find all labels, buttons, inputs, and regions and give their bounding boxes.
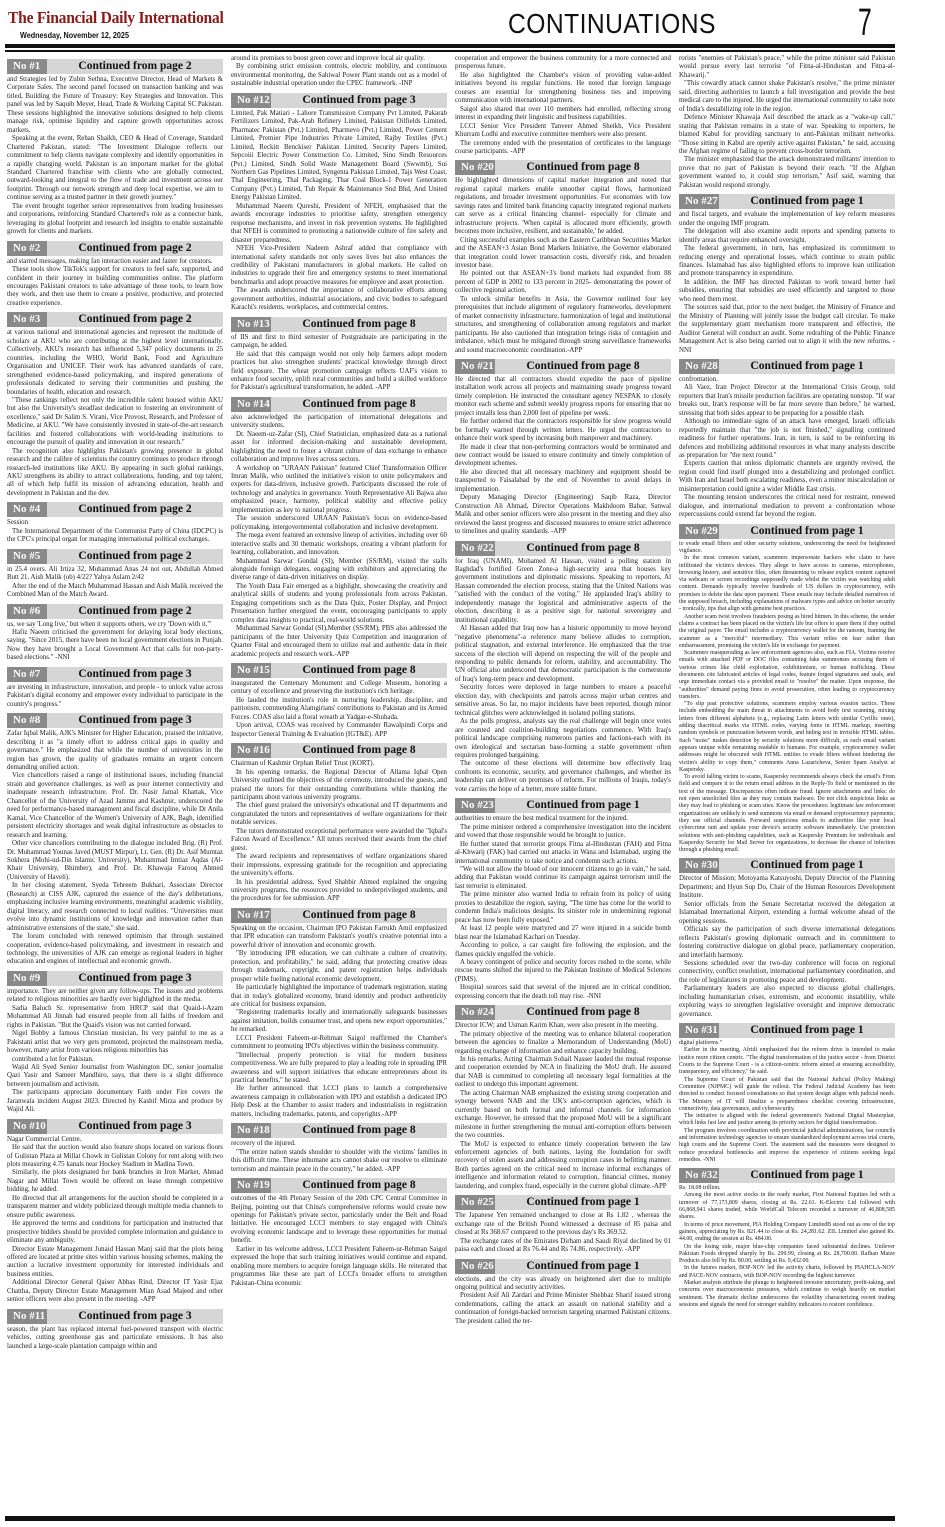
continued-from-label: Continued from page 1	[719, 1168, 895, 1183]
paragraph: On the losing side, major blue-chip comp…	[679, 1244, 895, 1266]
continuation-article: No #17Continued from page 8Speaking on t…	[231, 908, 447, 1119]
article-body: of IIS and first to third semester of Po…	[231, 334, 447, 393]
continuation-article: No #23Continued from page 1authorities t…	[455, 798, 671, 1001]
paragraph: The forum concluded with renewed optimis…	[7, 933, 223, 967]
article-number-badge: No #25	[455, 1195, 495, 1210]
continuation-article: No #12Continued from page 3Limited, Pak …	[231, 93, 447, 313]
paragraph: The International Department of the Comm…	[7, 528, 223, 545]
paragraph: The session underscored URAAN Pakistan's…	[231, 515, 447, 532]
continued-from-label: Continued from page 1	[719, 1023, 895, 1038]
continuation-article: No #3Continued from page 2at various nat…	[7, 312, 223, 498]
continued-from-label: Continued from page 8	[495, 359, 671, 374]
continued-from-label: Continued from page 8	[271, 908, 447, 923]
continuation-article: No #31Continued from page 1digital platf…	[679, 1023, 895, 1164]
article-body: rorists "enemies of Pakistan's peace," w…	[679, 55, 895, 190]
paragraph: and Strategies led by Zubin Sethna, Exec…	[7, 76, 223, 135]
article-body: and starred messages, making fan interac…	[7, 258, 223, 309]
column-2: around its premises to boost green cover…	[231, 55, 447, 1513]
article-body: Director of Mission; Motoyama Katsuyoshi…	[679, 875, 895, 1019]
article-number-badge: No #24	[455, 1005, 495, 1020]
paragraph: LCCI Senior Vice President Tanveer Ahmed…	[455, 123, 671, 140]
continued-from-label: Continued from page 2	[47, 312, 223, 327]
article-number-badge: No #7	[7, 667, 47, 682]
article-body: also acknowledged the participation of i…	[231, 414, 447, 659]
article-body: importance. They are neither given any f…	[7, 988, 223, 1115]
paragraph: NFEH Vice-President Nadeem Ashraf added …	[231, 245, 447, 287]
continued-from-label: Continued from page 1	[495, 1259, 671, 1274]
article-number-badge: No #28	[679, 359, 719, 374]
article-body: recovery of the injured."The entire nati…	[231, 1140, 447, 1174]
continued-from-label: Continued from page 1	[719, 359, 895, 374]
paragraph: The program involves coordination with p…	[679, 1128, 895, 1164]
paragraph: The outcome of these elections will dete…	[455, 760, 671, 794]
continuation-header: No #6Continued from page 2	[7, 604, 223, 619]
paragraph: The Japanese Yen remained unchanged to c…	[455, 1212, 671, 1237]
continuation-article: No #18Continued from page 8recovery of t…	[231, 1123, 447, 1174]
paragraph: recovery of the injured.	[231, 1140, 447, 1148]
paragraph: Security forces were deployed in large n…	[455, 684, 671, 718]
paragraph: The initiative is aligned with the feder…	[679, 1113, 895, 1128]
continuation-article: No #13Continued from page 8of IIS and fi…	[231, 317, 447, 393]
article-body: inaugurated the Centenary Monument and C…	[231, 680, 447, 739]
paragraph: Scammers masquerading as law enforcement…	[679, 650, 895, 701]
continuation-article: No #22Continued from page 8for Iraq (UNA…	[455, 541, 671, 795]
article-number-badge: No #29	[679, 524, 719, 539]
paragraph: Muhammad Naeem Qureshi, President of NFE…	[231, 203, 447, 245]
paragraph: Speaking at the event, Rehan Shaikh, CEO…	[7, 135, 223, 203]
paragraph: The recognition also highlights Pakistan…	[7, 448, 223, 499]
paragraph: In his remarks, Acting Chairman Sohail N…	[455, 1056, 671, 1090]
paragraph: At least 12 people were martyred and 27 …	[455, 925, 671, 942]
article-number-badge: No #31	[679, 1023, 719, 1038]
paragraph: are investing in infrastructure, innovat…	[7, 684, 223, 709]
paragraph: He further stated that terrorist groups …	[455, 841, 671, 866]
paragraph: Nigel Bobby a famous Christian musician,…	[7, 1030, 223, 1055]
article-columns: No #1Continued from page 2and Strategies…	[7, 55, 895, 1513]
continuation-header: No #10Continued from page 3	[7, 1119, 223, 1134]
continuation-header: No #9Continued from page 3	[7, 971, 223, 986]
continuation-article: No #30Continued from page 1Director of M…	[679, 858, 895, 1019]
article-number-badge: No #21	[455, 359, 495, 374]
paragraph: In the futures market, BOP-NOV led the a…	[679, 1265, 895, 1280]
paragraph: A heavy contingent of police and securit…	[455, 959, 671, 984]
paragraph: Upon arrival, COAS was received by Comma…	[231, 722, 447, 739]
paragraph: Wajid Ali Syed Senior Journalist from Wa…	[7, 1064, 223, 1089]
paragraph: The chief guest praised the university's…	[231, 802, 447, 827]
continued-from-label: Continued from page 8	[271, 1178, 447, 1193]
paragraph: Director Estate Management Junaid Hassan…	[7, 1246, 223, 1280]
continuation-header: No #7Continued from page 3	[7, 667, 223, 682]
continuation-header: No #12Continued from page 3	[231, 93, 447, 108]
continued-from-label: Continued from page 2	[47, 59, 223, 74]
article-number-badge: No #14	[231, 397, 271, 412]
continuation-article: No #20Continued from page 8He highlighte…	[455, 160, 671, 355]
continuation-header: No #26Continued from page 1	[455, 1259, 671, 1274]
continuation-article: No #14Continued from page 8also acknowle…	[231, 397, 447, 659]
paragraph: Experts caution that unless diplomatic c…	[679, 460, 895, 494]
paragraph: of IIS and first to third semester of Po…	[231, 334, 447, 351]
paragraph: He approved the terms and conditions for…	[7, 1220, 223, 1245]
paragraph: Vice chancellors raised a range of insti…	[7, 772, 223, 840]
article-body: and Strategies led by Zubin Sethna, Exec…	[7, 76, 223, 237]
paragraph: "We will not allow the blood of our inno…	[455, 866, 671, 891]
continued-from-label: Continued from page 1	[719, 858, 895, 873]
continuation-article: No #8Continued from page 3Zafar Iqbal Ma…	[7, 713, 223, 967]
paragraph: Similarly, the plots designated for bank…	[7, 1169, 223, 1194]
article-number-badge: No #9	[7, 971, 47, 986]
article-number-badge: No #10	[7, 1119, 47, 1134]
article-body: Speaking on the occasion, Chairman IPO P…	[231, 925, 447, 1119]
continuation-article: No #11Continued from page 3season, the p…	[7, 1309, 223, 1351]
continuation-header: No #5Continued from page 2	[7, 549, 223, 564]
paragraph: He said that the auction would also feat…	[7, 1144, 223, 1169]
continuation-header: No #8Continued from page 3	[7, 713, 223, 728]
paragraph: and starred messages, making fan interac…	[7, 258, 223, 266]
paragraph: Additional Director General Qaiser Abbas…	[7, 1279, 223, 1304]
continuation-header: No #16Continued from page 8	[231, 743, 447, 758]
article-number-badge: No #15	[231, 663, 271, 678]
article-body: Rs. 18.08 trillion.Among the most active…	[679, 1185, 895, 1309]
article-body: Nagar Commercial Centre.He said that the…	[7, 1136, 223, 1305]
continuation-article: No #28Continued from page 1confrontation…	[679, 359, 895, 520]
paragraph: He directed that all contractors should …	[455, 376, 671, 418]
paragraph: He further ordered that the contractors …	[455, 418, 671, 443]
publication-title: The Financial Daily International	[8, 8, 224, 28]
continued-from-label: Continued from page 3	[47, 1309, 223, 1324]
paragraph: Citing successful examples such as the E…	[455, 237, 671, 271]
article-body: at various national and international ag…	[7, 329, 223, 498]
article-number-badge: No #3	[7, 312, 47, 327]
paragraph: Deputy Managing Director (Engineering) S…	[455, 494, 671, 536]
continued-from-label: Continued from page 1	[495, 798, 671, 813]
paragraph: He said that this campaign would not onl…	[231, 351, 447, 393]
paragraph: Saigol also shared that over 110 members…	[455, 106, 671, 123]
continuation-article: No #16Continued from page 8Chairman of K…	[231, 743, 447, 904]
paragraph: us, we say 'Long live,' but when it supp…	[7, 621, 223, 629]
paragraph: The prime minister ordered a comprehensi…	[455, 824, 671, 841]
paragraph: "By introducing IPR education, we can cu…	[231, 950, 447, 984]
paragraph: Rs. 18.08 trillion.	[679, 1185, 895, 1192]
paragraph: Session	[7, 519, 223, 527]
paragraph: The mounting tension underscores the cri…	[679, 494, 895, 519]
article-body: SessionThe International Department of t…	[7, 519, 223, 544]
paragraph: As the polls progress, analysts say the …	[455, 718, 671, 760]
continued-from-label: Continued from page 8	[271, 1123, 447, 1138]
continuation-article: No #24Continued from page 8Director ICW;…	[455, 1005, 671, 1191]
paragraph: Chairman of Kashmir Orphan Relief Trust …	[231, 760, 447, 768]
paragraph: The delegation will also examine audit r…	[679, 228, 895, 245]
masthead-rule	[5, 44, 895, 48]
paragraph: In terms of price movement, PIA Holding …	[679, 1222, 895, 1244]
article-body: Chairman of Kashmir Orphan Relief Trust …	[231, 760, 447, 904]
paragraph: confrontation.	[679, 376, 895, 384]
paragraph: He also highlighted the Chamber's vision…	[455, 72, 671, 106]
continuation-header: No #15Continued from page 8	[231, 663, 447, 678]
paragraph: In his presidential address, Syed Shabbi…	[231, 879, 447, 904]
paragraph: Muhammad Sarwar Gondal (SI), Member (SS/…	[231, 558, 447, 583]
continued-from-label: Continued from page 3	[47, 1119, 223, 1134]
article-number-badge: No #8	[7, 713, 47, 728]
paragraph: Hospital sources said that several of th…	[455, 984, 671, 1001]
continuation-header: No #29Continued from page 1	[679, 524, 895, 539]
article-body: The Japanese Yen remained unchanged to c…	[455, 1212, 671, 1254]
article-body: are investing in infrastructure, innovat…	[7, 684, 223, 709]
continued-from-label: Continued from page 1	[719, 194, 895, 209]
continuation-header: No #24Continued from page 8	[455, 1005, 671, 1020]
continuation-article: rorists "enemies of Pakistan's peace," w…	[679, 55, 895, 190]
paragraph: The prime minister also warned India to …	[455, 891, 671, 925]
continuation-header: No #11Continued from page 3	[7, 1309, 223, 1324]
paragraph: The event brought together senior repres…	[7, 203, 223, 237]
article-number-badge: No #26	[455, 1259, 495, 1274]
column-1: No #1Continued from page 2and Strategies…	[7, 55, 223, 1513]
paragraph: In the most common variant, scammers imp…	[679, 555, 895, 613]
continued-from-label: Continued from page 3	[47, 667, 223, 682]
article-number-badge: No #32	[679, 1168, 719, 1183]
continued-from-label: Continued from page 8	[271, 317, 447, 332]
paragraph: He lauded the institution's role in nurt…	[231, 697, 447, 722]
article-body: in 25.4 overs. Ali Irtiza 32, Muhammad A…	[7, 566, 223, 600]
paragraph: Sadia Baluch Sr. representative from HRC…	[7, 1005, 223, 1030]
continued-from-label: Continued from page 8	[271, 743, 447, 758]
paragraph: "Registering trademarks locally and inte…	[231, 1009, 447, 1034]
paragraph: He highlighted dimensions of capital mar…	[455, 177, 671, 236]
article-body: cooperation and empower the business com…	[455, 55, 671, 156]
paragraph: Sessions scheduled over the two-day conf…	[679, 960, 895, 985]
masthead: The Financial Daily International Wednes…	[0, 0, 945, 44]
article-body: around its premises to boost green cover…	[231, 55, 447, 89]
paragraph: Speaking on the occasion, Chairman IPO P…	[231, 925, 447, 950]
continuation-header: No #17Continued from page 8	[231, 908, 447, 923]
paragraph: The MoU is expected to enhance timely co…	[455, 1141, 671, 1192]
paragraph: Earlier in his welcome address, LCCI Pre…	[231, 1246, 447, 1288]
article-number-badge: No #17	[231, 908, 271, 923]
paragraph: Limited, Pak Matiari - Lahore Transmissi…	[231, 110, 447, 203]
paragraph: at various national and international ag…	[7, 329, 223, 397]
continuation-article: No #7Continued from page 3are investing …	[7, 667, 223, 709]
article-body: outcomes of the 4th Plenary Session of t…	[231, 1195, 447, 1288]
article-body: us, we say 'Long live,' but when it supp…	[7, 621, 223, 663]
continued-from-label: Continued from page 1	[719, 524, 895, 539]
paragraph: He directed that all arrangements for th…	[7, 1195, 223, 1220]
article-number-badge: No #30	[679, 858, 719, 873]
article-number-badge: No #4	[7, 502, 47, 517]
paragraph: Muhammad Sarwar Gondal (SI),Member (SS/R…	[231, 625, 447, 659]
masthead-rule-thin	[5, 50, 895, 52]
continued-from-label: Continued from page 8	[495, 1005, 671, 1020]
continuation-article: No #29Continued from page 1to evade emai…	[679, 524, 895, 855]
paragraph: in 25.4 overs. Ali Irtiza 32, Muhammad A…	[7, 566, 223, 583]
continuation-article: No #9Continued from page 3importance. Th…	[7, 971, 223, 1115]
continuation-article: No #27Continued from page 1and fiscal ta…	[679, 194, 895, 355]
paragraph: "To slip past protective solutions, scam…	[679, 701, 895, 774]
continuation-header: No #30Continued from page 1	[679, 858, 895, 873]
paragraph: outcomes of the 4th Plenary Session of t…	[231, 1195, 447, 1246]
continuation-article: No #5Continued from page 2in 25.4 overs.…	[7, 549, 223, 600]
paragraph: "The entire nation stands shoulder to sh…	[231, 1149, 447, 1174]
paragraph: According to police, a car caught fire f…	[455, 942, 671, 959]
article-number-badge: No #13	[231, 317, 271, 332]
article-body: He directed that all contractors should …	[455, 376, 671, 537]
continuation-header: No #32Continued from page 1	[679, 1168, 895, 1183]
article-number-badge: No #12	[231, 93, 271, 108]
paragraph: cooperation and empower the business com…	[455, 55, 671, 72]
continuation-header: No #28Continued from page 1	[679, 359, 895, 374]
paragraph: The awards underscored the importance of…	[231, 287, 447, 312]
paragraph: In addition, the IMF has directed Pakist…	[679, 279, 895, 304]
continuation-header: No #23Continued from page 1	[455, 798, 671, 813]
continuation-article: No #10Continued from page 3Nagar Commerc…	[7, 1119, 223, 1305]
continuation-header: No #19Continued from page 8	[231, 1178, 447, 1193]
article-body: elections, and the city was already on h…	[455, 1276, 671, 1327]
continuation-header: No #25Continued from page 1	[455, 1195, 671, 1210]
continuation-header: No #4Continued from page 2	[7, 502, 223, 517]
article-number-badge: No #11	[7, 1309, 47, 1324]
paragraph: To avoid falling victim to scams, Kasper…	[679, 774, 895, 854]
paragraph: Dr. Naeem-uz-Zafar (SI), Chief Statistic…	[231, 431, 447, 465]
paragraph: inaugurated the Centenary Monument and C…	[231, 680, 447, 697]
continuation-article: cooperation and empower the business com…	[455, 55, 671, 156]
article-number-badge: No #16	[231, 743, 271, 758]
paragraph: These tools show TikTok's support for cr…	[7, 266, 223, 308]
continued-from-label: Continued from page 2	[47, 549, 223, 564]
paragraph: to evade email filters and other securit…	[679, 541, 895, 556]
paragraph: Other vice chancellors contributing to t…	[7, 840, 223, 882]
article-body: digital platforms."Earlier in the meetin…	[679, 1040, 895, 1164]
paragraph: season, the plant has replaced internal …	[7, 1326, 223, 1351]
paragraph: authorities to ensure the best medical t…	[455, 815, 671, 823]
continuation-article: No #4Continued from page 2SessionThe Int…	[7, 502, 223, 544]
paragraph: Ali Vaez, Iran Project Director at the I…	[679, 384, 895, 418]
paragraph: The ceremony ended with the presentation…	[455, 140, 671, 157]
paragraph: around its premises to boost green cover…	[231, 55, 447, 63]
paragraph: LCCI President Faheem-ur-Rehman Saigol r…	[231, 1035, 447, 1052]
continuation-article: No #6Continued from page 2us, we say 'Lo…	[7, 604, 223, 663]
paragraph: Earlier in the meeting, Afridi emphasize…	[679, 1047, 895, 1076]
article-number-badge: No #23	[455, 798, 495, 813]
paragraph: He pointed out that ASEAN+3's bond marke…	[455, 270, 671, 295]
paragraph: The sources said that, prior to the next…	[679, 304, 895, 355]
paragraph: The Supreme Court of Pakistan said that …	[679, 1077, 895, 1113]
continued-from-label: Continued from page 3	[47, 713, 223, 728]
paragraph: The tutors demonstrated exceptional perf…	[231, 828, 447, 853]
paragraph: The federal government, in turn, has emp…	[679, 245, 895, 279]
article-body: authorities to ensure the best medical t…	[455, 815, 671, 1001]
paragraph: "These rankings reflect not only the inc…	[7, 397, 223, 448]
continuation-header: No #2Continued from page 2	[7, 241, 223, 256]
section-title: CONTINUATIONS	[508, 8, 716, 40]
continued-from-label: Continued from page 8	[271, 663, 447, 678]
paragraph: The acting Chairman NAB emphasized the e…	[455, 1090, 671, 1141]
column-3: cooperation and empower the business com…	[455, 55, 671, 1513]
paragraph: After the end of the Match Muhammad Hass…	[7, 583, 223, 600]
continuation-article: No #19Continued from page 8outcomes of t…	[231, 1178, 447, 1288]
paragraph: Zafar Iqbal Malik, AJK's Minister for Hi…	[7, 730, 223, 772]
page-number: 7	[858, 2, 872, 45]
paragraph: Although no immediate signs of an attack…	[679, 418, 895, 460]
continued-from-label: Continued from page 1	[495, 1195, 671, 1210]
issue-date: Wednesday, November 12, 2025	[20, 30, 129, 40]
article-number-badge: No #22	[455, 541, 495, 556]
continuation-article: No #1Continued from page 2and Strategies…	[7, 59, 223, 237]
paragraph: Parliamentary leaders are also expected …	[679, 985, 895, 1019]
continuation-article: No #21Continued from page 8He directed t…	[455, 359, 671, 537]
paragraph: Defence Minister Khawaja Asif described …	[679, 114, 895, 156]
paragraph: elections, and the city was already on h…	[455, 1276, 671, 1293]
article-body: Zafar Iqbal Malik, AJK's Minister for Hi…	[7, 730, 223, 967]
paragraph: The award recipients and representatives…	[231, 853, 447, 878]
continuation-article: No #26Continued from page 1elections, an…	[455, 1259, 671, 1327]
continuation-header: No #20Continued from page 8	[455, 160, 671, 175]
paragraph: The Youth Data Fair emerged as a highlig…	[231, 583, 447, 625]
article-body: confrontation.Ali Vaez, Iran Project Dir…	[679, 376, 895, 520]
article-number-badge: No #18	[231, 1123, 271, 1138]
continuation-header: No #27Continued from page 1	[679, 194, 895, 209]
continuation-header: No #3Continued from page 2	[7, 312, 223, 327]
continuation-article: around its premises to boost green cover…	[231, 55, 447, 89]
paragraph: He further announced that LCCI plans to …	[231, 1085, 447, 1119]
continuation-article: No #15Continued from page 8inaugurated t…	[231, 663, 447, 739]
article-body: He highlighted dimensions of capital mar…	[455, 177, 671, 355]
continuation-header: No #1Continued from page 2	[7, 59, 223, 74]
continuation-header: No #18Continued from page 8	[231, 1123, 447, 1138]
continuation-article: No #2Continued from page 2and starred me…	[7, 241, 223, 309]
paragraph: Director ICW; and Usman Karim Khan, were…	[455, 1022, 671, 1030]
paragraph: The exchange rates of the Emirates Dirha…	[455, 1238, 671, 1255]
continuation-header: No #14Continued from page 8	[231, 397, 447, 412]
paragraph: In his opening remarks, the Regional Dir…	[231, 769, 447, 803]
paragraph: Among the most active stocks in the read…	[679, 1192, 895, 1221]
paragraph: Director of Mission; Motoyama Katsuyoshi…	[679, 875, 895, 900]
article-body: for Iraq (UNAMI), Mohamed Al Hassan, vis…	[455, 558, 671, 795]
continued-from-label: Continued from page 8	[495, 541, 671, 556]
article-number-badge: No #2	[7, 241, 47, 256]
article-number-badge: No #6	[7, 604, 47, 619]
article-number-badge: No #1	[7, 59, 47, 74]
paragraph: By combining strict emission controls, e…	[231, 63, 447, 88]
continued-from-label: Continued from page 3	[47, 971, 223, 986]
continuation-header: No #13Continued from page 8	[231, 317, 447, 332]
continued-from-label: Continued from page 2	[47, 502, 223, 517]
continuation-article: No #32Continued from page 1Rs. 18.08 tri…	[679, 1168, 895, 1309]
paragraph: Another scam twist involves fraudsters p…	[679, 614, 895, 650]
paragraph: Senior officials from the Senate Secreta…	[679, 901, 895, 926]
continuation-article: No #25Continued from page 1The Japanese …	[455, 1195, 671, 1254]
article-number-badge: No #5	[7, 549, 47, 564]
continued-from-label: Continued from page 2	[47, 241, 223, 256]
column-4: rorists "enemies of Pakistan's peace," w…	[679, 55, 895, 1513]
continuation-header: No #31Continued from page 1	[679, 1023, 895, 1038]
article-body: and fiscal targets, and evaluate the imp…	[679, 211, 895, 355]
continuation-header: No #21Continued from page 8	[455, 359, 671, 374]
paragraph: The primary objective of the meeting was…	[455, 1031, 671, 1056]
paragraph: Nagar Commercial Centre.	[7, 1136, 223, 1144]
paragraph: A workshop on "URAAN Pakistan" featured …	[231, 465, 447, 516]
article-number-badge: No #27	[679, 194, 719, 209]
paragraph: To unlock similar benefits in Asia, the …	[455, 296, 671, 355]
paragraph: Officials say the participation of such …	[679, 926, 895, 960]
paragraph: also acknowledged the participation of i…	[231, 414, 447, 431]
paragraph: Al Hassan added that Iraq now has a hist…	[455, 625, 671, 684]
paragraph: The participants appreciate documentary …	[7, 1089, 223, 1114]
article-number-badge: No #19	[231, 1178, 271, 1193]
paragraph: Hafiz Naeem criticised the government fo…	[7, 629, 223, 663]
paragraph: Market analysts attribute the plunge to …	[679, 1280, 895, 1309]
continued-from-label: Continued from page 3	[271, 93, 447, 108]
paragraph: for Iraq (UNAMI), Mohamed Al Hassan, vis…	[455, 558, 671, 626]
paragraph: The mega event featured an extensive lin…	[231, 532, 447, 557]
paragraph: "This cowardly attack cannot shake Pakis…	[679, 80, 895, 114]
